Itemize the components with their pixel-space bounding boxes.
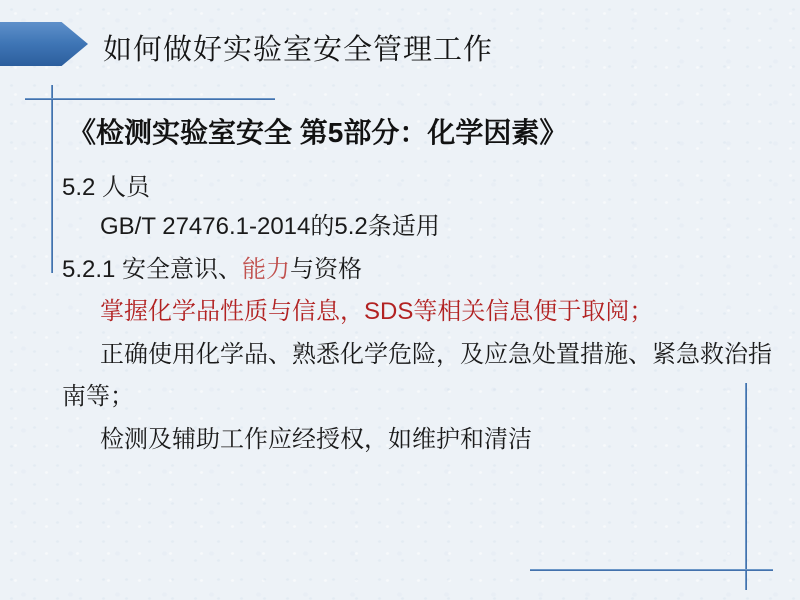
body-line-authorization: 检测及辅助工作应经授权，如维护和清洁 [100,419,532,454]
section-5-2-1-highlight: 能力 [242,256,290,283]
presentation-slide: 如何做好实验室安全管理工作 《检测实验室安全 第5部分：化学因素》 5.2 人员… [0,0,800,600]
body-line-correct-use-part2: 南等； [62,376,134,411]
decor-line-vertical-right [745,383,747,590]
body-line-correct-use-part1: 正确使用化学品、熟悉化学危险，及应急处置措施、紧急救治指 [100,334,772,369]
body-line-standard-reference: GB/T 27476.1-2014的5.2条适用 [100,206,440,241]
section-5-2-1-suffix: 与资格 [290,256,362,283]
decor-line-horizontal-right [530,569,773,571]
document-title: 《检测实验室安全 第5部分：化学因素》 [68,111,567,151]
body-line-section-5-2-1: 5.2.1 安全意识、能力与资格 [62,249,362,284]
slide-header-title: 如何做好实验室安全管理工作 [103,27,493,68]
decor-line-vertical-left [51,85,53,273]
pentagon-arrow-icon [0,22,88,66]
decor-line-horizontal-left [25,98,275,100]
body-line-section-5-2: 5.2 人员 [62,167,150,202]
section-5-2-1-prefix: 5.2.1 安全意识、 [62,256,242,283]
body-line-red-emphasis: 掌握化学品性质与信息，SDS等相关信息便于取阅； [100,291,653,326]
